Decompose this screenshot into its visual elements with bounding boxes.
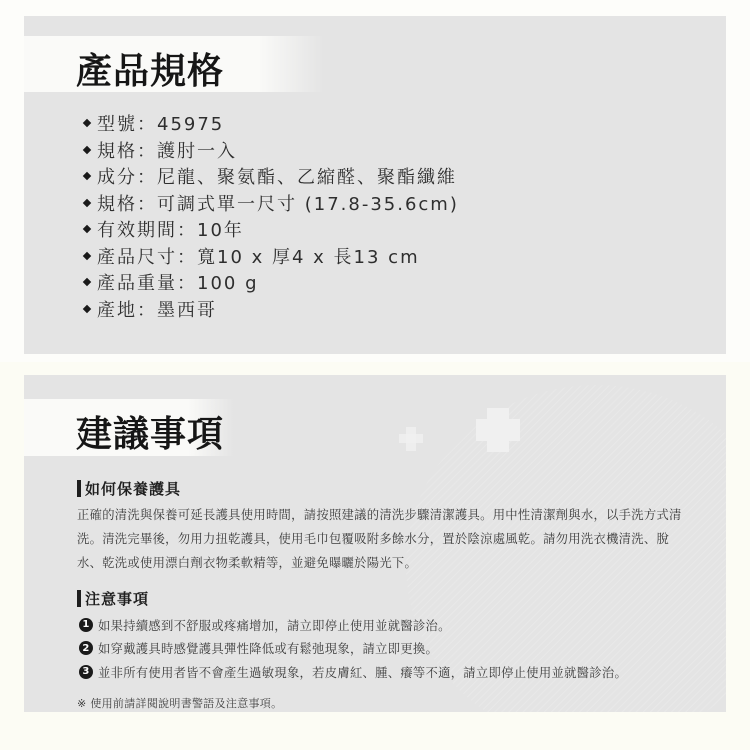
spec-item-dimensions: 產品尺寸：寬10 x 厚4 x 長13 cm	[82, 243, 459, 270]
heading-bar-icon	[77, 590, 81, 607]
spec-item-material: 成分：尼龍、聚氨酯、乙縮醛、聚酯纖維	[82, 163, 459, 190]
small-cross-icon	[406, 427, 416, 451]
spec-item-size-range: 規格：可調式單一尺寸 (17.8-35.6cm)	[82, 190, 459, 217]
advice-title: 建議事項	[76, 406, 224, 457]
diamond-bullet-icon	[83, 146, 91, 154]
diamond-bullet-icon	[83, 278, 91, 286]
specs-title: 產品規格	[76, 43, 224, 94]
advice-title-band: 建議事項	[24, 399, 234, 456]
spec-list: 型號：45975 規格：護肘一入 成分：尼龍、聚氨酯、乙縮醛、聚酯纖維 規格：可…	[82, 110, 459, 322]
spec-text: 規格：護肘一入	[97, 137, 237, 163]
diamond-bullet-icon	[83, 252, 91, 260]
footnote: ※ 使用前請詳閱說明書警語及注意事項。	[77, 695, 282, 711]
spec-item-validity: 有效期間：10年	[82, 216, 459, 243]
diamond-bullet-icon	[83, 172, 91, 180]
spec-text: 成分：尼龍、聚氨酯、乙縮醛、聚酯纖維	[97, 163, 457, 189]
spec-text: 產地：墨西哥	[97, 296, 217, 322]
spec-item-model: 型號：45975	[82, 110, 459, 137]
diamond-bullet-icon	[83, 199, 91, 207]
spec-item-spec: 規格：護肘一入	[82, 137, 459, 164]
notice-heading: 注意事項	[77, 588, 149, 609]
spec-text: 產品重量：100 g	[97, 269, 259, 295]
notice-text: 並非所有使用者皆不會產生過敏現象，若皮膚紅、腫、癢等不適，請立即停止使用並就醫診…	[98, 663, 627, 681]
notice-item: 3 並非所有使用者皆不會產生過敏現象，若皮膚紅、腫、癢等不適，請立即停止使用並就…	[79, 660, 627, 684]
notice-item: 1 如果持續感到不舒服或疼痛增加，請立即停止使用並就醫診治。	[79, 613, 627, 637]
spec-text: 產品尺寸：寬10 x 厚4 x 長13 cm	[97, 243, 420, 269]
advice-panel: 建議事項 如何保養護具 正確的清洗與保養可延長護具使用時間，請按照建議的清洗步驟…	[24, 375, 726, 712]
circled-number-2-icon: 2	[79, 641, 93, 655]
product-specs-panel: 產品規格 型號：45975 規格：護肘一入 成分：尼龍、聚氨酯、乙縮醛、聚酯纖維…	[24, 16, 726, 354]
spec-text: 規格：可調式單一尺寸 (17.8-35.6cm)	[97, 190, 459, 216]
circled-number-3-icon: 3	[79, 665, 93, 679]
spec-text: 型號：45975	[97, 110, 224, 136]
notice-text: 如穿戴護具時感覺護具彈性降低或有鬆弛現象，請立即更換。	[98, 639, 438, 657]
diamond-bullet-icon	[83, 225, 91, 233]
spec-item-weight: 產品重量：100 g	[82, 269, 459, 296]
care-heading: 如何保養護具	[77, 478, 181, 499]
notice-item: 2 如穿戴護具時感覺護具彈性降低或有鬆弛現象，請立即更換。	[79, 637, 627, 661]
spec-item-origin: 產地：墨西哥	[82, 296, 459, 323]
specs-title-band: 產品規格	[24, 36, 324, 92]
large-cross-icon	[487, 408, 509, 452]
diamond-bullet-icon	[83, 305, 91, 313]
notice-text: 如果持續感到不舒服或疼痛增加，請立即停止使用並就醫診治。	[98, 616, 451, 634]
care-body: 正確的清洗與保養可延長護具使用時間，請按照建議的清洗步驟清潔護具。用中性清潔劑與…	[77, 503, 689, 575]
notice-list: 1 如果持續感到不舒服或疼痛增加，請立即停止使用並就醫診治。 2 如穿戴護具時感…	[79, 613, 627, 684]
care-heading-text: 如何保養護具	[85, 478, 181, 499]
spec-text: 有效期間：10年	[97, 216, 244, 242]
circled-number-1-icon: 1	[79, 618, 93, 632]
notice-heading-text: 注意事項	[85, 588, 149, 609]
heading-bar-icon	[77, 480, 81, 497]
diamond-bullet-icon	[83, 119, 91, 127]
